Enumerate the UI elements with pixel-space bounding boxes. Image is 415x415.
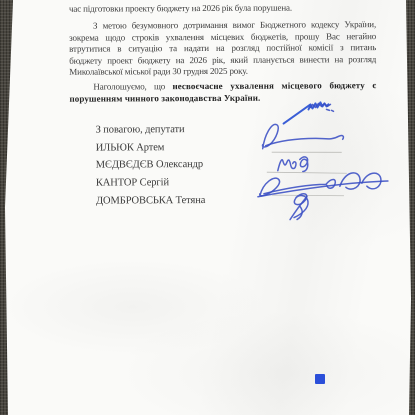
paragraph: час підготовки проекту бюджету на 2026 р… [69, 2, 376, 15]
text-run: Миколаївської міської ради 30 грудня 202… [69, 66, 248, 77]
signoff-salutation: З повагою, депутати [96, 121, 205, 139]
text-run: З метою безумовного дотримання вимог Бюд… [93, 19, 376, 30]
text-run: Наголошуємо, що [93, 81, 172, 91]
document-page: час підготовки проекту бюджету на 2026 р… [0, 0, 415, 415]
text-line: Миколаївської міської ради 30 грудня 202… [69, 65, 376, 78]
text-line: час підготовки проекту бюджету на 2026 р… [69, 2, 376, 15]
signature-2 [267, 157, 347, 174]
signature-flourish-top [283, 102, 333, 123]
signatory-name: ДОМБРОВСЬКА Тетяна [96, 192, 205, 210]
signatory-name: КАНТОР Сергій [96, 174, 205, 192]
document-content: час підготовки проекту бюджету на 2026 р… [0, 0, 415, 415]
text-run: час підготовки проекту бюджету на 2026 р… [69, 3, 292, 14]
bold-text-run: порушенням чинного законодавства України… [69, 92, 260, 103]
blue-square-marker [315, 374, 325, 384]
signature-4 [290, 194, 308, 220]
signoff-block: З повагою, депутати ИЛЬЮК АртемМЄДВЄДЄВ … [96, 121, 206, 210]
text-line: бюджету проект бюджету на 2026 рік, який… [69, 54, 376, 67]
document-body: час підготовки проекту бюджету на 2026 р… [69, 0, 376, 1]
handwritten-signatures [247, 94, 412, 227]
signatories-list: ИЛЬЮК АртемМЄДВЄДЄВ ОлександрКАНТОР Серг… [96, 139, 206, 210]
photo-background: час підготовки проекту бюджету на 2026 р… [0, 0, 415, 415]
signature-3 [258, 173, 388, 197]
paragraph: З метою безумовного дотримання вимог Бюд… [69, 19, 376, 79]
signatory-name: ИЛЬЮК Артем [96, 139, 205, 157]
bold-text-run: несвоєчасне ухвалення місцевого бюджету … [172, 80, 376, 91]
text-run: втрутитися в ситуацію та надати на розгл… [69, 42, 376, 54]
text-run: зокрема щодо строків ухвалення місцевих … [69, 31, 376, 43]
text-run: бюджету проект бюджету на 2026 рік, який… [69, 54, 376, 66]
signature-1 [262, 124, 343, 153]
text-line: Наголошуємо, що несвоєчасне ухвалення мі… [69, 80, 376, 93]
signatory-name: МЄДВЄДЄВ Олександр [96, 156, 205, 174]
